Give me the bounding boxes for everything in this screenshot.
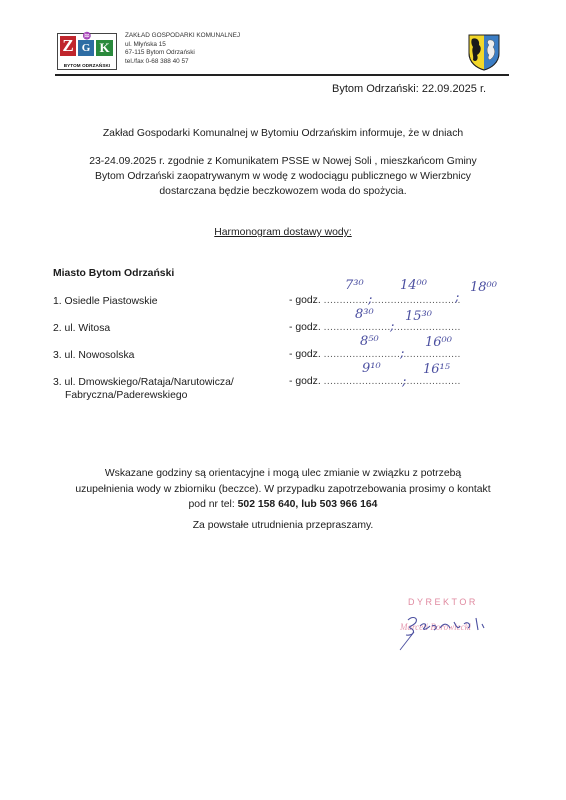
dotted-line: ........................................…: [324, 376, 461, 387]
company-address: ZAKŁAD GOSPODARKI KOMUNALNEJ ul. Młyńska…: [125, 32, 240, 66]
handwritten-time: 16¹⁵: [423, 362, 450, 377]
place-name-continued: Fabryczna/Paderewskiego: [53, 389, 234, 402]
handwritten-time: 18⁰⁰: [470, 280, 497, 295]
date-line: Bytom Odrzański: 22.09.2025 r.: [332, 83, 486, 95]
intro-paragraph: Zakład Gospodarki Komunalnej w Bytomiu O…: [40, 128, 526, 139]
handwritten-time: 7³⁰: [345, 278, 364, 293]
dotted-line: ........................................…: [324, 349, 461, 360]
schedule-place: 3. ul. Nowosolska: [53, 349, 134, 362]
handwritten-time: 8³⁰: [355, 307, 374, 322]
header-divider: [55, 74, 509, 76]
coat-of-arms-icon: [467, 33, 501, 71]
logo-letter-g: G: [78, 40, 94, 56]
company-name: ZAKŁAD GOSPODARKI KOMUNALNEJ: [125, 32, 240, 41]
logo-letter-z: Z: [60, 36, 76, 56]
body-line: Bytom Odrzański zaopatrywanym w wodę z w…: [40, 169, 526, 184]
company-postcode: 67-115 Bytom Odrzański: [125, 49, 240, 58]
handwritten-separator: ;: [390, 319, 394, 334]
contact-line: pod nr tel: 502 158 640, lub 503 966 164: [40, 497, 526, 513]
godz-label: - godz.: [289, 295, 321, 306]
company-phone: tel./fax 0-68 388 40 57: [125, 58, 240, 67]
schedule-place: 3. ul. Dmowskiego/Rataja/Narutowicza/ Fa…: [53, 376, 234, 402]
handwritten-separator: ;: [400, 346, 404, 361]
schedule-times: - godz. ................................…: [289, 349, 461, 360]
godz-label: - godz.: [289, 322, 321, 333]
body-line: 23-24.09.2025 r. zgodnie z Komunikatem P…: [40, 154, 526, 169]
handwritten-time: 14⁰⁰: [400, 278, 427, 293]
place-name: 1. Osiedle Piastowskie: [53, 296, 158, 307]
handwritten-time: 16⁰⁰: [425, 335, 452, 350]
handwritten-separator: ;: [402, 374, 406, 389]
body-line: dostarczana będzie beczkowozem woda do s…: [40, 184, 526, 199]
godz-label: - godz.: [289, 376, 321, 387]
schedule-times: - godz. ................................…: [289, 376, 461, 387]
notice-line: Wskazane godziny są orientacyjne i mogą …: [40, 466, 526, 482]
handwritten-time: 8⁵⁰: [360, 334, 379, 349]
handwritten-time: 15³⁰: [405, 309, 432, 324]
logo-letter-k: K: [96, 40, 113, 56]
schedule-times: - godz. ................................…: [289, 295, 461, 306]
godz-label: - godz.: [289, 349, 321, 360]
body-paragraph: 23-24.09.2025 r. zgodnie z Komunikatem P…: [40, 154, 526, 199]
contact-prefix: pod nr tel:: [189, 499, 238, 510]
handwritten-separator: ;: [455, 290, 459, 305]
notice-paragraph: Wskazane godziny są orientacyjne i mogą …: [40, 466, 526, 513]
schedule-times: - godz. ................................…: [289, 322, 461, 333]
handwritten-time: 9¹⁰: [362, 361, 381, 376]
notice-line: uzupełnienia wody w zbiorniku (beczce). …: [40, 482, 526, 498]
stamp-title: DYREKTOR: [408, 597, 478, 607]
zgk-logo: ♒ Z G K BYTOM ODRZAŃSKI: [57, 33, 117, 70]
schedule-place: 1. Osiedle Piastowskie: [53, 295, 158, 308]
city-heading: Miasto Bytom Odrzański: [53, 268, 174, 279]
handwritten-separator: ;: [368, 292, 372, 307]
apology-line: Za powstałe utrudnienia przepraszamy.: [40, 520, 526, 531]
company-street: ul. Młyńska 15: [125, 41, 240, 50]
handwritten-signature-icon: [378, 608, 508, 652]
place-name: 2. ul. Witosa: [53, 323, 110, 334]
schedule-place: 2. ul. Witosa: [53, 322, 110, 335]
schedule-title: Harmonogram dostawy wody:: [40, 227, 526, 238]
dotted-line: ........................................…: [324, 295, 461, 306]
place-name: 3. ul. Dmowskiego/Rataja/Narutowicza/: [53, 377, 234, 388]
logo-caption: BYTOM ODRZAŃSKI: [59, 63, 115, 68]
place-name: 3. ul. Nowosolska: [53, 350, 134, 361]
contact-phone-numbers: 502 158 640, lub 503 966 164: [238, 499, 378, 510]
